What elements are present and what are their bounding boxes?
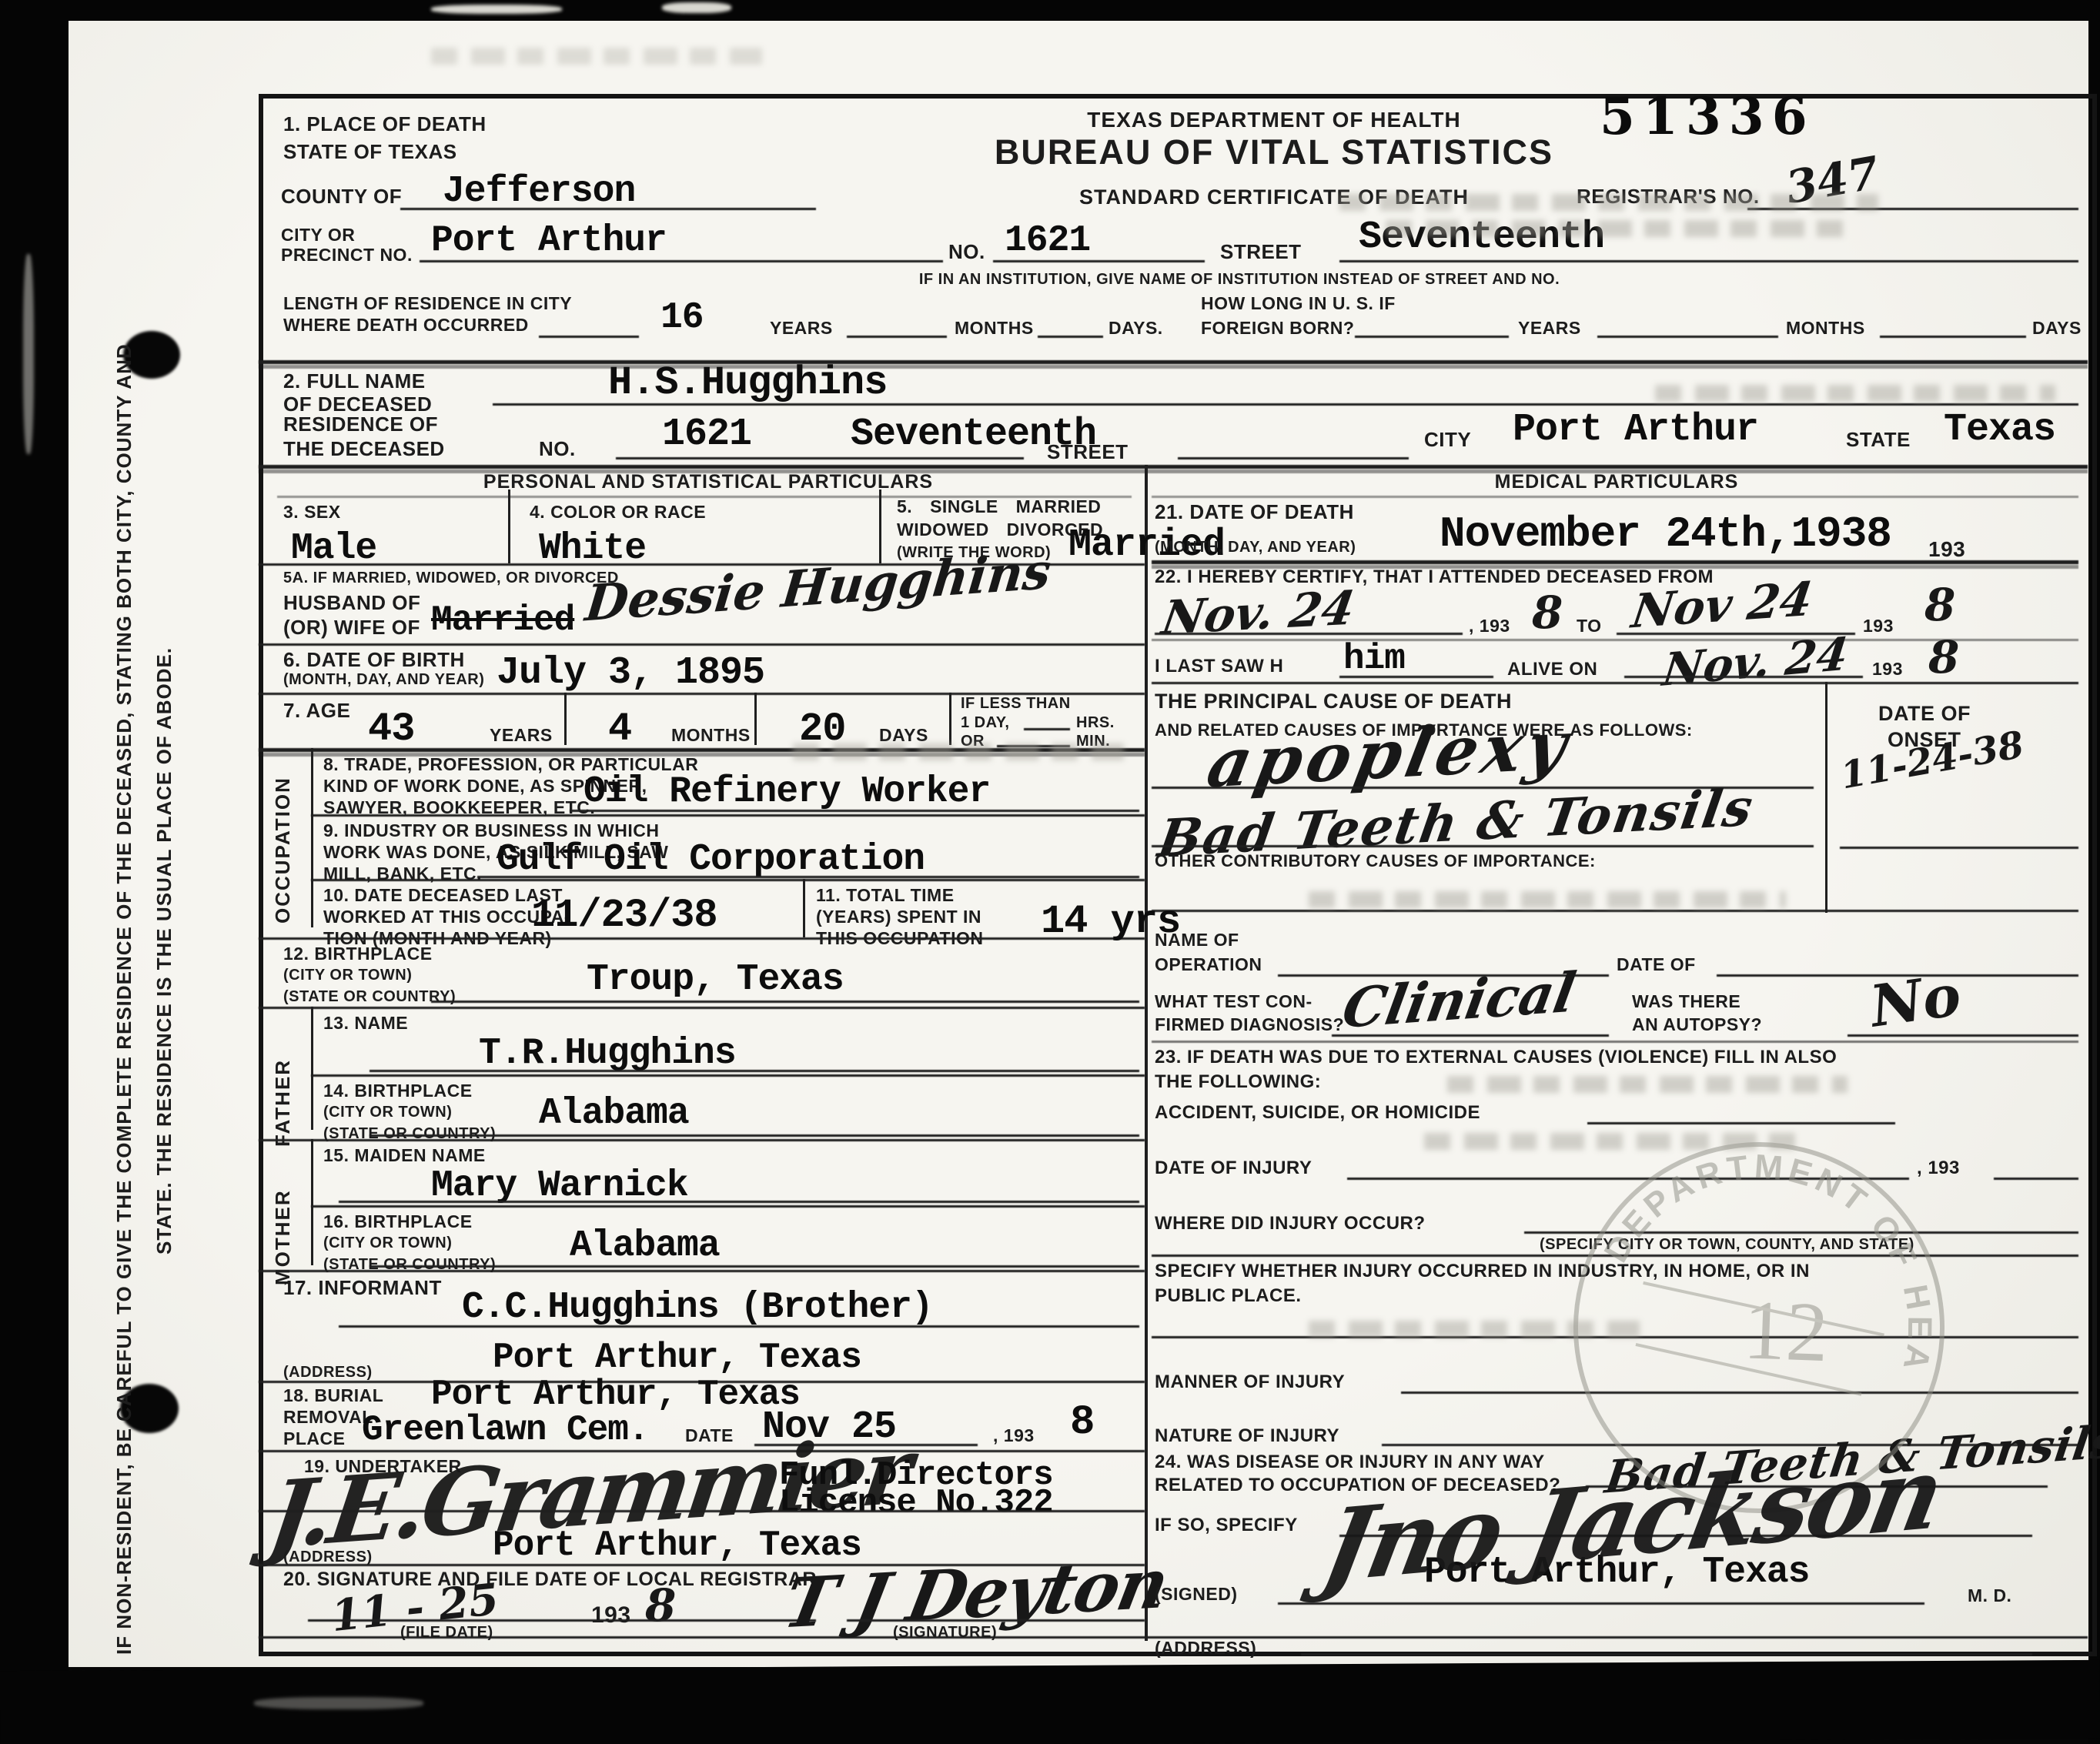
bleed-through-smudge: [793, 743, 1124, 760]
line: [431, 1001, 1139, 1003]
last-saw-193-printed: 193: [1872, 659, 1903, 680]
birthplace-city-town: (CITY OR TOWN): [283, 967, 412, 984]
line: [339, 1325, 1139, 1328]
totaltime-value: 14 yrs: [1041, 899, 1180, 944]
cell-divider: [803, 879, 805, 937]
informant-address-label: (ADDRESS): [283, 1364, 373, 1382]
mother-bp-city-town: (CITY OR TOWN): [323, 1234, 452, 1252]
street-no-line: [993, 260, 1205, 262]
nature-label: NATURE OF INJURY: [1155, 1425, 1339, 1447]
undertaker-typed-line2: License No.322: [779, 1484, 1053, 1522]
row-divider: [259, 1139, 1145, 1141]
dod-193-printed: 193: [1928, 537, 1965, 562]
institution-note: IF IN AN INSTITUTION, GIVE NAME OF INSTI…: [647, 271, 1832, 289]
county-of-label: COUNTY OF: [281, 185, 402, 209]
father-bp-city-town: (CITY OR TOWN): [323, 1104, 452, 1121]
line: [370, 1134, 1139, 1137]
last-saw-label1: I LAST SAW H: [1155, 656, 1283, 677]
bleed-through-smudge: [1339, 194, 1878, 211]
street-no-value: 1621: [1005, 220, 1090, 262]
line: [847, 1619, 1145, 1622]
row-divider: [311, 879, 1145, 881]
line: [1152, 1041, 2078, 1043]
last-saw-typed: him: [1343, 639, 1405, 679]
row-divider: [311, 814, 1145, 817]
residence-no-label: NO.: [539, 437, 576, 461]
totaltime-label1: 11. TOTAL TIME: [816, 885, 955, 906]
sex-label: 3. SEX: [283, 502, 341, 523]
dob-label: 6. DATE OF BIRTH: [283, 648, 465, 672]
burial-193-printed: , 193: [993, 1425, 1035, 1446]
full-name-label1: 2. FULL NAME: [283, 369, 426, 393]
film-speck: [662, 2, 731, 13]
city-line: [420, 260, 943, 262]
if-so-specify-label: IF SO, SPECIFY: [1155, 1515, 1298, 1536]
line: [1840, 847, 2078, 849]
autopsy-label1: WAS THERE: [1632, 991, 1741, 1012]
line: [1848, 1034, 2078, 1037]
street-line: [1339, 260, 2078, 262]
line: [1038, 336, 1103, 338]
row-divider: [311, 1074, 1145, 1077]
place-of-death-label: 1. PLACE OF DEATH: [283, 112, 487, 136]
burial-year-digit: 8: [1070, 1399, 1094, 1446]
if-less-than-label: IF LESS THAN: [961, 695, 1071, 713]
certificate-number: 51336: [1600, 86, 1815, 146]
dod-sub-label: (MONTH, DAY, AND YEAR): [1155, 539, 1356, 556]
burial-place-line1: Port Arthur, Texas: [431, 1375, 800, 1415]
last-saw-label2: ALIVE ON: [1507, 659, 1597, 680]
last-saw-year-digit: 8: [1928, 631, 1959, 683]
precinct-no-label: PRECINCT NO.: [281, 245, 413, 266]
age-months-value: 4: [608, 707, 631, 752]
residence-street-value: Seventeenth: [851, 413, 1096, 456]
line: [370, 1070, 1139, 1072]
line: [1178, 457, 1409, 459]
q24-label1: 24. WAS DISEASE OR INJURY IN ANY WAY: [1155, 1452, 1545, 1473]
group-divider: [311, 1007, 313, 1130]
residence-length-label2: WHERE DEATH OCCURRED: [283, 315, 529, 336]
informant-value: C.C.Hugghins (Brother): [462, 1287, 933, 1328]
residence-years-value: 16: [660, 297, 704, 339]
burial-label3: PLACE: [283, 1428, 345, 1449]
birthplace-value: Troup, Texas: [587, 959, 844, 1001]
foreign-born-label1: HOW LONG IN U. S. IF: [1201, 293, 1396, 314]
signed-label: (SIGNED): [1155, 1584, 1238, 1605]
row-divider: [1152, 560, 2078, 564]
line: [1152, 496, 2078, 498]
line: [1355, 336, 1509, 338]
cell-divider: [508, 489, 510, 563]
residence-no-value: 1621: [662, 413, 751, 456]
line: [539, 336, 639, 338]
foreign-born-label2: FOREIGN BORN?: [1201, 318, 1354, 339]
line: [1278, 1602, 1924, 1605]
film-edge-top: [0, 0, 2100, 21]
bleed-through-smudge: [1309, 891, 1786, 908]
md-label: M. D.: [1968, 1585, 2011, 1606]
mother-side-label: MOTHER: [271, 1154, 295, 1285]
age-months-label: MONTHS: [671, 725, 751, 746]
stamp-number: 12: [1742, 1282, 1830, 1379]
line: [1339, 676, 1493, 678]
cell-divider: [949, 693, 951, 745]
race-label: 4. COLOR OR RACE: [530, 502, 706, 523]
industry-label1: 9. INDUSTRY OR BUSINESS IN WHICH: [323, 820, 659, 841]
onset-divider: [1825, 682, 1827, 913]
injury-date-label: DATE OF INJURY: [1155, 1158, 1312, 1179]
father-side-label: FATHER: [271, 1024, 295, 1147]
onset-label1: DATE OF: [1878, 702, 1971, 726]
department-title: TEXAS DEPARTMENT OF HEALTH: [966, 108, 1582, 132]
external-label1: 23. IF DEATH WAS DUE TO EXTERNAL CAUSES …: [1155, 1047, 1837, 1068]
residence-state-label: STATE: [1846, 428, 1911, 452]
where-injury-label: WHERE DID INJURY OCCUR?: [1155, 1213, 1426, 1234]
undertaker-address-value: Port Arthur, Texas: [493, 1525, 861, 1565]
foreign-days-label: DAYS: [2032, 318, 2082, 339]
line: [570, 810, 1139, 812]
days-label: DAYS.: [1109, 318, 1163, 339]
years-label: YEARS: [770, 318, 833, 339]
residence-state-value: Texas: [1944, 408, 2055, 452]
spouse-label2: HUSBAND OF: [283, 591, 420, 615]
totaltime-label2: (YEARS) SPENT IN: [816, 907, 981, 927]
medical-title: MEDICAL PARTICULARS: [1309, 471, 1924, 493]
contributory-label: OTHER CONTRIBUTORY CAUSES OF IMPORTANCE:: [1155, 851, 1596, 871]
cause-label1: THE PRINCIPAL CAUSE OF DEATH: [1155, 690, 1512, 713]
row-divider: [1152, 910, 2078, 912]
specify-label2: PUBLIC PLACE.: [1155, 1285, 1302, 1307]
autopsy-label2: AN AUTOPSY?: [1632, 1014, 1762, 1035]
film-speck: [23, 254, 34, 454]
line: [1332, 1034, 1609, 1037]
burial-label1: 18. BURIAL: [283, 1385, 383, 1406]
to-193-printed: 193: [1863, 616, 1894, 636]
film-speck: [254, 1697, 423, 1709]
bleed-through-smudge: [1447, 1076, 1848, 1093]
burial-label2: REMOVAL: [283, 1407, 373, 1428]
city-value: Port Arthur: [431, 220, 667, 262]
informant-label: 17. INFORMANT: [283, 1276, 442, 1300]
bureau-title: BUREAU OF VITAL STATISTICS: [920, 132, 1628, 172]
film-speck: [431, 5, 562, 14]
street-label: STREET: [1220, 240, 1302, 264]
test-label2: FIRMED DIAGNOSIS?: [1155, 1014, 1344, 1035]
to-year-digit: 8: [1924, 579, 1955, 631]
cell-divider: [564, 693, 567, 745]
full-name-value: H.S.Hugghins: [608, 360, 887, 406]
one-day-label: 1 DAY,: [961, 714, 1009, 732]
row-divider: [311, 1205, 1145, 1208]
dod-label: 21. DATE OF DEATH: [1155, 500, 1354, 524]
residence-city-label: CITY: [1424, 428, 1471, 452]
mother-bp-value: Alabama: [570, 1225, 720, 1267]
line: [308, 1619, 816, 1622]
operation-date-label: DATE OF: [1617, 954, 1696, 975]
row-divider: [1152, 682, 2078, 684]
line: [1880, 336, 2026, 338]
residence-city-value: Port Arthur: [1513, 408, 1758, 452]
spouse-label3: (OR) WIFE OF: [283, 616, 420, 640]
line: [477, 876, 1139, 878]
attended-from-hand: Nov. 24: [1159, 581, 1359, 646]
accident-label: ACCIDENT, SUICIDE, OR HOMICIDE: [1155, 1102, 1480, 1124]
occupation-side-label: OCCUPATION: [271, 770, 295, 924]
margin-instruction-line2: STATE. THE RESIDENCE IS THE USUAL PLACE …: [152, 231, 176, 1255]
bleed-through-smudge: [431, 48, 762, 65]
group-divider: [311, 748, 313, 927]
no-label: NO.: [948, 240, 985, 264]
film-edge-left: [0, 0, 69, 1744]
cell-divider: [754, 693, 757, 745]
file-date-label: (FILE DATE): [400, 1624, 493, 1642]
certify-label: 22. I HEREBY CERTIFY, THAT I ATTENDED DE…: [1155, 566, 1714, 588]
father-bp-value: Alabama: [539, 1093, 689, 1134]
file-193-printed: 193: [591, 1602, 631, 1629]
age-label: 7. AGE: [283, 699, 350, 723]
line: [1301, 1653, 2032, 1655]
birthplace-state-country: (STATE OR COUNTRY): [283, 988, 456, 1006]
county-value: Jefferson: [443, 171, 635, 212]
father-bp-label: 14. BIRTHPLACE: [323, 1081, 473, 1101]
age-days-label: DAYS: [879, 725, 928, 746]
dod-value: November 24th,1938: [1440, 510, 1891, 559]
county-line: [400, 208, 816, 210]
section-divider: [259, 465, 2088, 469]
line: [1597, 336, 1778, 338]
manner-label: MANNER OF INJURY: [1155, 1371, 1345, 1393]
line: [259, 1510, 1145, 1512]
line: [847, 336, 947, 338]
bleed-through-smudge: [1386, 220, 1848, 237]
external-label2: THE FOLLOWING:: [1155, 1071, 1321, 1093]
age-years-value: 43: [368, 707, 414, 752]
foreign-years-label: YEARS: [1518, 318, 1581, 339]
to-label: TO: [1577, 616, 1602, 636]
physician-address-label: (ADDRESS): [1155, 1638, 1256, 1659]
residence-label2: THE DECEASED: [283, 437, 445, 461]
marital-label1: 5. SINGLE MARRIED: [897, 496, 1101, 517]
column-divider: [1145, 465, 1148, 1641]
months-label: MONTHS: [955, 318, 1034, 339]
row-divider: [259, 1270, 1145, 1272]
trade-value: Oil Refinery Worker: [584, 771, 990, 813]
bleed-through-smudge: [1309, 1321, 1640, 1338]
foreign-months-label: MONTHS: [1786, 318, 1865, 339]
birthplace-label: 12. BIRTHPLACE: [283, 944, 433, 964]
bleed-through-smudge: [1655, 385, 2055, 402]
line: [616, 457, 1024, 459]
from-193-printed: , 193: [1469, 616, 1510, 636]
mother-name-label: 15. MAIDEN NAME: [323, 1145, 486, 1166]
full-name-line: [493, 403, 2078, 406]
line: [1155, 633, 1463, 635]
informant-address-value: Port Arthur, Texas: [493, 1338, 861, 1378]
group-divider: [311, 1139, 313, 1265]
margin-instruction-line1: IF NON-RESIDENT, BE CAREFUL TO GIVE THE …: [112, 115, 136, 1655]
city-or-label: CITY OR: [281, 225, 355, 246]
dob-sub-label: (MONTH, DAY, AND YEAR): [283, 671, 484, 689]
autopsy-hand: No: [1867, 962, 1965, 1040]
line: [370, 1265, 1139, 1268]
industry-value: Gulf Oil Corporation: [497, 839, 925, 880]
row-divider: [259, 643, 1145, 646]
father-name-value: T.R.Hugghins: [479, 1033, 736, 1074]
registrar-signature-label: (SIGNATURE): [893, 1624, 997, 1642]
residence-length-label1: LENGTH OF RESIDENCE IN CITY: [283, 293, 572, 314]
line: [339, 1201, 1139, 1203]
lastwork-label1: 10. DATE DECEASED LAST: [323, 885, 563, 906]
operation-label2: OPERATION: [1155, 954, 1262, 975]
dob-value: July 3, 1895: [497, 651, 764, 695]
line: [1152, 845, 1814, 847]
spouse-typed-struck: Married: [431, 600, 574, 640]
row-divider: [259, 360, 2088, 364]
bleed-through-smudge: [1424, 1133, 1809, 1150]
file-year-digit: 8: [645, 1579, 676, 1632]
line: [1624, 676, 1863, 678]
test-label1: WHAT TEST CON-: [1155, 991, 1312, 1012]
death-certificate-scan: IF NON-RESIDENT, BE CAREFUL TO GIVE THE …: [0, 0, 2100, 1744]
age-years-label: YEARS: [490, 725, 553, 746]
from-year-digit: 8: [1532, 586, 1563, 639]
line: [1024, 728, 1070, 730]
residence-label1: RESIDENCE OF: [283, 413, 438, 436]
state-of-texas-label: STATE OF TEXAS: [283, 140, 457, 164]
row-divider: [259, 937, 1145, 940]
mother-bp-label: 16. BIRTHPLACE: [323, 1211, 473, 1232]
father-name-label: 13. NAME: [323, 1013, 408, 1034]
hrs-label: HRS.: [1076, 714, 1115, 732]
lastwork-value: 11/23/38: [531, 893, 717, 938]
personal-title: PERSONAL AND STATISTICAL PARTICULARS: [323, 471, 1093, 493]
row-divider: [259, 1007, 1145, 1009]
cell-divider: [879, 489, 881, 563]
spouse-label1: 5A. IF MARRIED, WIDOWED, OR DIVORCED: [283, 570, 619, 587]
